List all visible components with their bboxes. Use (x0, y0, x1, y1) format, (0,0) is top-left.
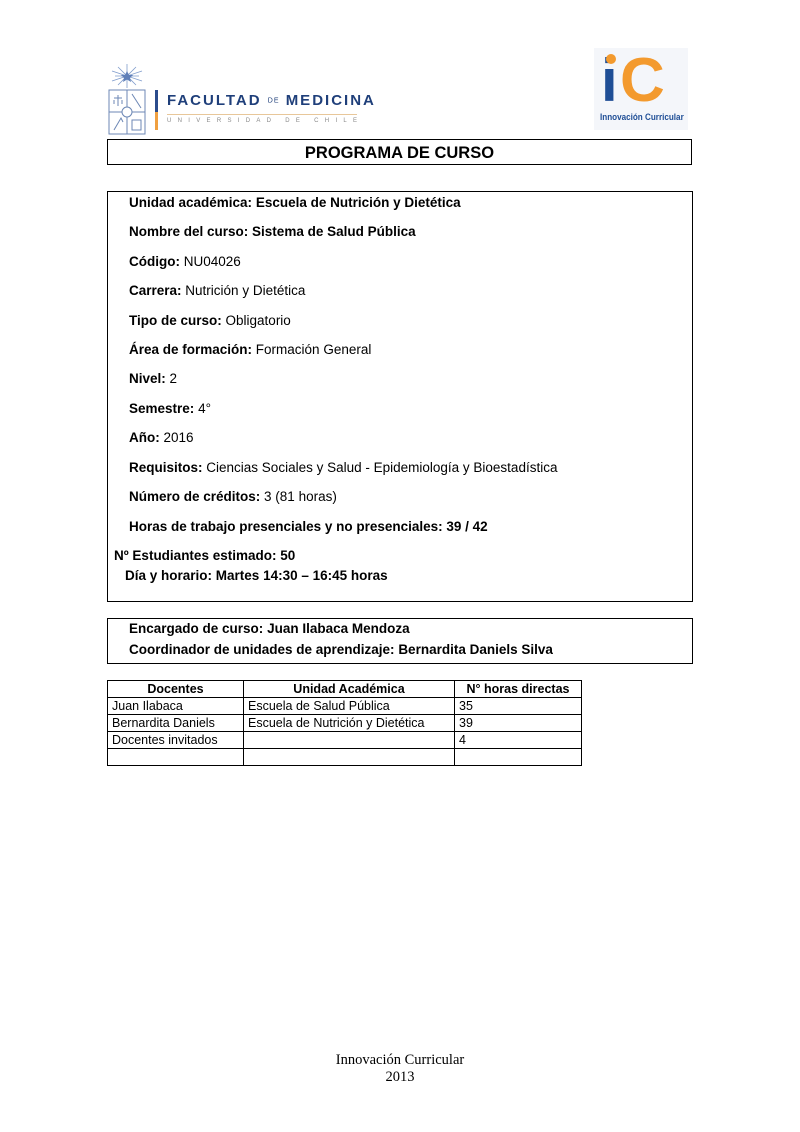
table-header-row: Docentes Unidad Académica N° horas direc… (108, 681, 582, 698)
innovacion-curricular-logo: i C Innovación Curricular (594, 48, 688, 130)
cell-horas: 4 (455, 732, 582, 749)
cell-docente: Bernardita Daniels (108, 715, 244, 732)
column-header-horas: N° horas directas (455, 681, 582, 698)
field-horas-trabajo: Horas de trabajo presenciales y no prese… (129, 519, 488, 534)
cell-docente (108, 749, 244, 766)
table-row: Juan Ilabaca Escuela de Salud Pública 35 (108, 698, 582, 715)
table-row: Bernardita Daniels Escuela de Nutrición … (108, 715, 582, 732)
course-info-box: Unidad académica: Escuela de Nutrición y… (107, 191, 693, 602)
field-codigo: Código: NU04026 (129, 254, 241, 269)
table-row (108, 749, 582, 766)
field-nivel: Nivel: 2 (129, 371, 177, 386)
field-requisitos: Requisitos: Ciencias Sociales y Salud - … (129, 460, 557, 475)
university-name: UNIVERSIDAD DE CHILE (167, 118, 363, 124)
field-anio: Año: 2016 (129, 430, 194, 445)
cell-unidad (244, 732, 455, 749)
field-carrera: Carrera: Nutrición y Dietética (129, 283, 305, 298)
field-area-formacion: Área de formación: Formación General (129, 342, 371, 357)
docentes-table: Docentes Unidad Académica N° horas direc… (107, 680, 582, 766)
field-unidad-academica: Unidad académica: Escuela de Nutrición y… (129, 195, 461, 210)
ic-caption: Innovación Curricular (600, 112, 684, 122)
logo-accent-bar (155, 90, 158, 130)
document-title: PROGRAMA DE CURSO (107, 139, 692, 165)
ic-letter-c: C (620, 50, 665, 112)
footer-line-1: Innovación Curricular (0, 1052, 800, 1069)
cell-horas (455, 749, 582, 766)
cell-unidad: Escuela de Nutrición y Dietética (244, 715, 455, 732)
ic-dot-icon (606, 54, 616, 64)
logo-divider (167, 114, 357, 115)
table-row: Docentes invitados 4 (108, 732, 582, 749)
field-nombre-curso: Nombre del curso: Sistema de Salud Públi… (129, 224, 416, 239)
field-coordinador: Coordinador de unidades de aprendizaje: … (129, 642, 553, 657)
field-semestre: Semestre: 4° (129, 401, 211, 416)
column-header-docentes: Docentes (108, 681, 244, 698)
footer-line-2: 2013 (0, 1069, 800, 1086)
cell-docente: Juan Ilabaca (108, 698, 244, 715)
field-tipo-curso: Tipo de curso: Obligatorio (129, 313, 291, 328)
field-horario: Día y horario: Martes 14:30 – 16:45 hora… (125, 568, 388, 583)
cell-horas: 35 (455, 698, 582, 715)
field-estudiantes: Nº Estudiantes estimado: 50 (114, 548, 295, 563)
faculty-name: FACULTAD DE MEDICINA (167, 92, 376, 109)
field-encargado: Encargado de curso: Juan Ilabaca Mendoza (129, 621, 410, 636)
column-header-unidad: Unidad Académica (244, 681, 455, 698)
cell-horas: 39 (455, 715, 582, 732)
course-staff-box: Encargado de curso: Juan Ilabaca Mendoza… (107, 618, 693, 664)
cell-docente: Docentes invitados (108, 732, 244, 749)
university-crest-icon (107, 62, 147, 136)
cell-unidad (244, 749, 455, 766)
faculty-of-medicine-logo: FACULTAD DE MEDICINA UNIVERSIDAD DE CHIL… (107, 62, 367, 138)
cell-unidad: Escuela de Salud Pública (244, 698, 455, 715)
field-creditos: Número de créditos: 3 (81 horas) (129, 489, 337, 504)
